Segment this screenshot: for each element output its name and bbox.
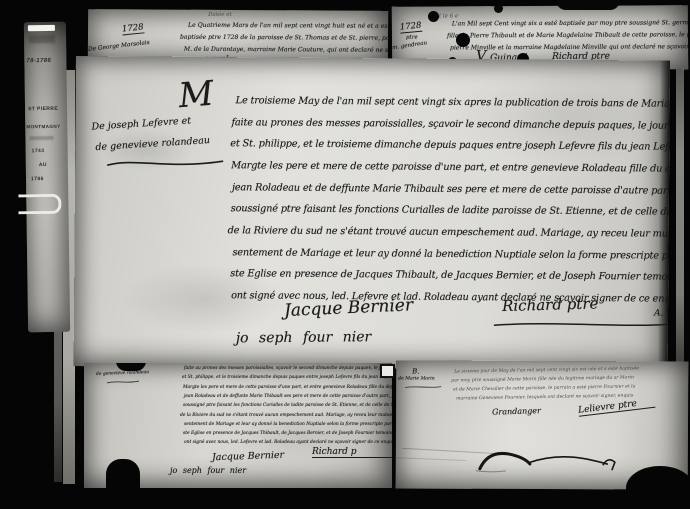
scratch-mark (396, 457, 466, 461)
black-notch (106, 459, 140, 488)
ink-blot (456, 33, 470, 47)
record-line: par moy ptre soussigné Marie Morin fille… (451, 375, 634, 383)
spine-label-line: 1743 (32, 148, 45, 154)
flourish-underline (105, 154, 227, 171)
margin-note-line: De joseph Lefevre et (91, 115, 191, 132)
pen-mark (601, 455, 617, 471)
margin-initial: B. (412, 368, 419, 376)
signature-richard-ptre: Richard ptre (502, 294, 599, 315)
record-line: marraine Genevieve Fournier, lesquels on… (456, 393, 633, 401)
flourish-underline (404, 385, 442, 390)
clip-icon (18, 194, 61, 215)
spine-label-line: AU (39, 162, 47, 168)
record-line: soussigné ptre faisant les fonctions Cur… (231, 203, 670, 218)
record-line: sentement de Mariage et leur ay donné la… (232, 247, 670, 261)
ink-blot (556, 0, 620, 10)
record-line: et St. philippe, et le troisieme dimanch… (230, 138, 670, 153)
signature-jacques-bernier: Jacque Bernier (212, 450, 284, 464)
white-chip (380, 364, 395, 378)
record-line: jean Roladeau et de deffunte Marie Thiba… (184, 394, 392, 399)
smudge (29, 35, 55, 43)
signature-lelievre-ptre: Lelievre ptre (578, 397, 656, 417)
record-line: ste Eglise en presence de Jacques Thibau… (183, 431, 392, 436)
record-line: jean Roladeau et de deffunte Marie Thiba… (232, 182, 670, 197)
signature-joseph-fournier: jo seph four nier (170, 466, 246, 475)
record-margin-initial: M (177, 74, 215, 117)
spine-label-card: 78-1786 ST PIERRE MONTMAGNY 1743 AU 1786 (24, 22, 70, 333)
pen-flourish (472, 445, 622, 478)
margin-note: De George Marsolais (88, 40, 150, 53)
margin-note: de genevieve rolandeau (96, 370, 149, 377)
film-edge-bump (626, 466, 690, 509)
spine-label-line: MONTMAGNY (26, 124, 60, 129)
film-leader-strip (28, 25, 55, 31)
signature-underline-flourish (494, 317, 670, 332)
record-year: 1728 (399, 21, 422, 34)
record-line: M. de la Durantaye, marraine Marie Coutu… (184, 46, 388, 54)
margin-note: ptre (406, 35, 418, 41)
margin-note: m. gendreau (392, 40, 428, 51)
signature-jacques-bernier: Jacque Bernier (284, 295, 414, 321)
record-line: faite au prones des messes paroissialles… (231, 117, 670, 132)
record-line: Le troisieme May de l'an mil sept cent v… (236, 95, 670, 110)
microfilm-scan: 78-1786 ST PIERRE MONTMAGNY 1743 AU 1786… (0, 0, 690, 509)
signature-richard-ptre: Richard p (312, 447, 392, 458)
record-line: ste Eglise en presence de Jacques Thibau… (230, 268, 670, 283)
record-line: soussigné ptre faisant les fonctions Cur… (183, 403, 392, 408)
spine-label-line: 78-1786 (26, 58, 51, 64)
record-line: fille de Pierre Thibault et de Marie Mag… (447, 31, 688, 39)
margin-note: de Marie Morin (398, 376, 435, 381)
page-bottom-left: de genevieve rolandeau faite au prones d… (84, 363, 392, 488)
margin-note-line: de genevieve rolandeau (95, 135, 210, 153)
record-line: de la Riviere du sud ne s'étant trouvé a… (180, 413, 392, 418)
record-line: sentement de Mariage et leur ay donné la… (184, 422, 392, 427)
signature-grandanger: Grandanger (492, 406, 541, 417)
record-line: baptisée ptre 1728 de la paroisse de St.… (180, 34, 388, 42)
signature-joseph-fournier: jo seph four nier (236, 329, 372, 346)
record-line: L'an Mil sept Cent vingt six a esté bapt… (452, 19, 688, 27)
smudge (29, 136, 53, 140)
corner-mark: A. (654, 309, 663, 319)
record-year: 1728 (122, 22, 145, 35)
record-line: Le sixieme jour de May de l'an mil sept … (454, 366, 639, 374)
record-line: de la Riviere du sud ne s'étant trouvé a… (228, 225, 670, 240)
record-line: faite au prones des messes paroissialles… (184, 366, 392, 371)
record-line: Margte les pere et mere de cette paroiss… (183, 385, 392, 390)
ink-blot (494, 4, 503, 13)
page-edge-sliver (676, 62, 684, 370)
spine-label-line: ST PIERRE (28, 106, 58, 112)
record-line: et St. philippe, et le troisieme dimanch… (182, 375, 392, 380)
record-line: et de Marie Chevalier de cette paroisse,… (453, 384, 635, 392)
header-note: Datée et (208, 12, 232, 18)
record-line: Le Quatrieme Mars de l'an mil sept cent … (188, 22, 388, 30)
ink-blot (428, 11, 439, 22)
main-register-page: M De joseph Lefevre et de genevieve rola… (74, 56, 670, 371)
record-line: ont signé avec nous, led. Lefevre et lad… (184, 440, 392, 445)
flourish-underline (106, 379, 140, 385)
record-line: Margte les pere et mere de cette paroiss… (231, 160, 670, 175)
spine-label-line: 1786 (31, 176, 44, 182)
